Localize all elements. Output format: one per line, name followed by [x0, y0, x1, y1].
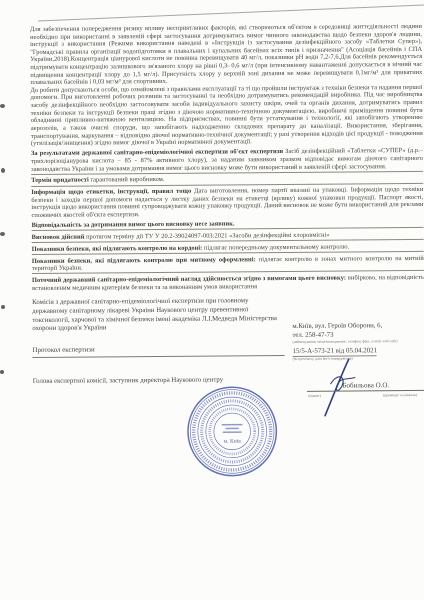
section-heading: Висновок дійсний: [32, 234, 85, 241]
paragraph-ongoing-supervision: Поточний державний санітарно-епідеміолог…: [32, 274, 424, 292]
commission-text: Комісія з державної санітарно-епідеміоло…: [32, 297, 277, 332]
section-heading: Відповідальність за дотримання вимог цьо…: [32, 221, 235, 230]
paragraph-text: гарантований виробником.: [89, 176, 165, 184]
paragraph-label-info: Інформація щодо етикетки, інструкції, пр…: [31, 186, 423, 220]
paragraph-expertise-result: За результатами державної санітарно-епід…: [31, 147, 423, 174]
name-caption: (прізвище та ініціали): [383, 393, 417, 398]
paragraph-text: підлягає попередньому документальному ко…: [202, 243, 349, 251]
paragraph-responsibility: Відповідальність за дотримання вимог цьо…: [32, 219, 424, 231]
scan-speck: [0, 370, 4, 374]
document-content: Для забезпечення попередження ризику впл…: [30, 23, 424, 520]
paragraph-border-control: Показники безпеки, які підлягають контро…: [32, 243, 424, 255]
paragraph-work-rules: До робити допускаються особи, що ознайом…: [30, 84, 422, 148]
protocol-label: Протокол експертизи: [33, 345, 285, 358]
paragraph-validity: Висновок дійсний протягом терміну дії ТУ…: [32, 231, 424, 243]
scan-speck: [1, 305, 5, 309]
scan-speck: [1, 168, 5, 173]
signature-caption: (підпис): [308, 394, 321, 399]
paragraph-safety-measures: Для забезпечення попередження ризику впл…: [30, 23, 422, 87]
official-round-stamp: м. Київ: [185, 384, 280, 479]
scan-speck: [0, 104, 5, 108]
scanned-document-page: Для забезпечення попередження ризику впл…: [0, 0, 424, 600]
section-heading: Показники безпеки, які підлягають контро…: [32, 244, 203, 252]
paragraph-text: До робити допускаються особи, що ознайом…: [30, 84, 422, 147]
stamp-city-text: м. Київ: [224, 439, 242, 445]
paragraph-customs-control: Показники безпеки, які підлягають контро…: [32, 254, 424, 274]
commission-block: Комісія з державної санітарно-епідеміоло…: [32, 297, 285, 364]
paragraph-shelf-life: Термін придатності гарантований виробник…: [31, 174, 423, 186]
scan-speck: [0, 232, 5, 236]
signature-area: Голова експертної комісії, заступник дир…: [33, 367, 424, 520]
section-heading: Показники безпеки, які підлягають контро…: [32, 256, 256, 265]
section-heading: Термін придатності: [31, 177, 89, 184]
paragraph-text: протягом терміну дії ТУ У 20.2-39024097-…: [84, 232, 329, 241]
paragraph-text: Для забезпечення попередження ризику впл…: [30, 23, 422, 86]
signatory-name: Бобильова О.О.: [307, 381, 424, 392]
